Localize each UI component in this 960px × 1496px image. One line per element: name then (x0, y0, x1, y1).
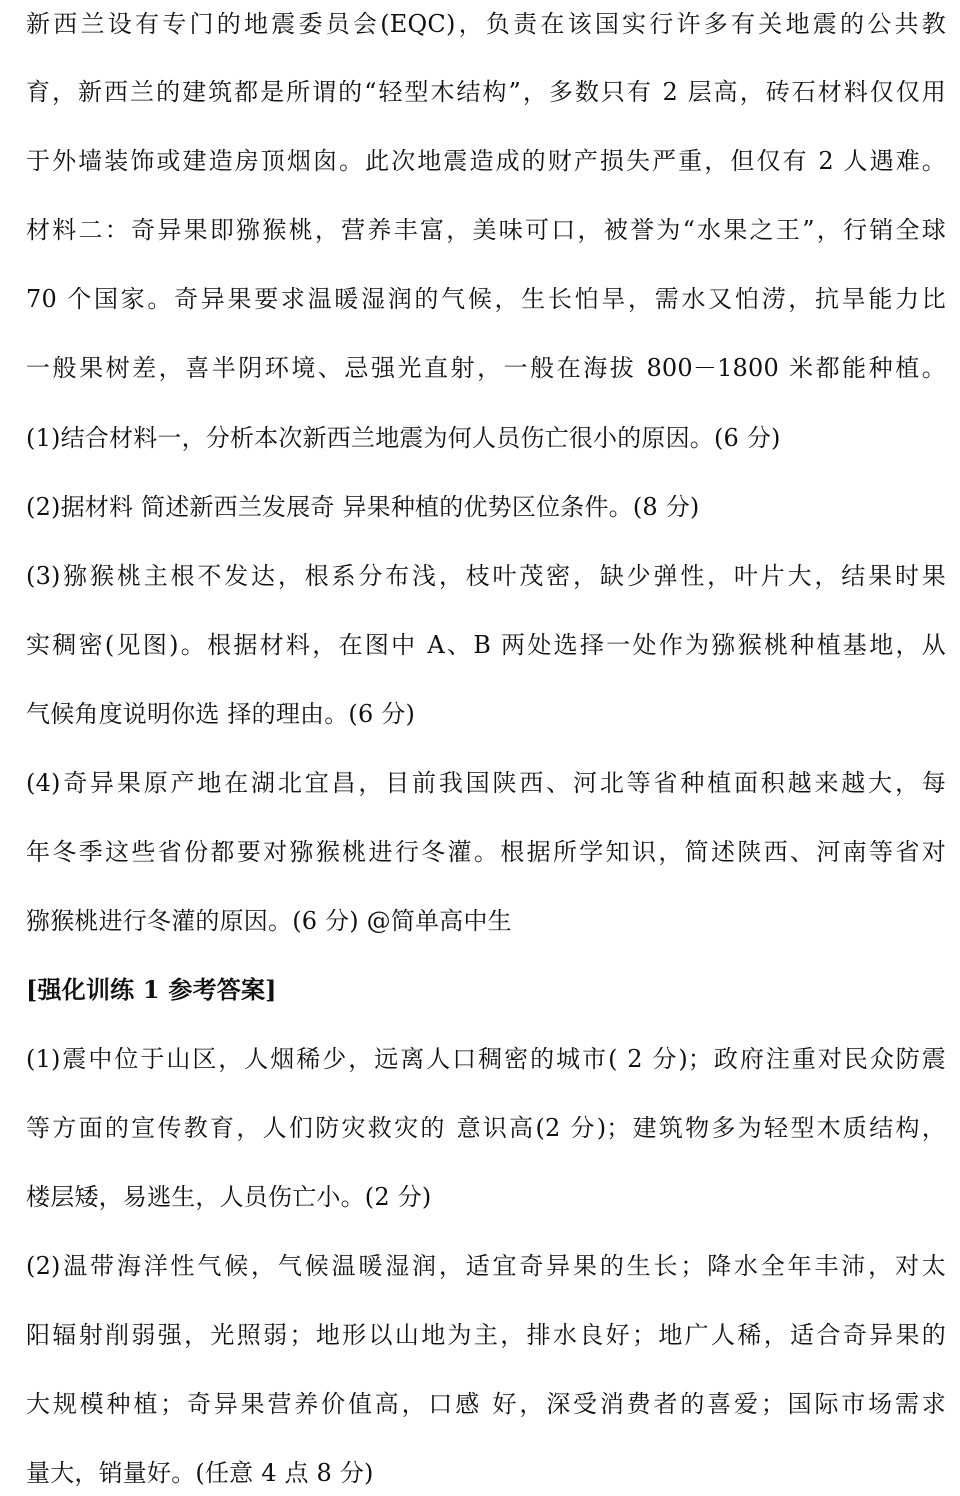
question-3-line: (3)猕猴桃主根不发达，根系分布浅，枝叶茂密，缺少弹性，叶片大，结果时果 (26, 556, 946, 596)
answer-2-line: 阳辐射削弱强，光照弱；地形以山地为主，排水良好；地广人稀，适合奇异果的 (26, 1315, 946, 1355)
material-one-line: 育，新西兰的建筑都是所谓的“轻型木结构”，多数只有 2 层高，砖石材料仅仅用 (26, 72, 946, 112)
answer-1-line: (1)震中位于山区，人烟稀少，远离人口稠密的城市( 2 分)；政府注重对民众防震 (26, 1039, 946, 1079)
answer-2-line: 大规模种植；奇异果营养价值高，口感 好，深受消费者的喜爱；国际市场需求 (26, 1384, 946, 1424)
answer-heading: [强化训练 1 参考答案] (26, 970, 946, 1010)
question-3-line: 气候角度说明你选 择的理由。(6 分) (26, 694, 946, 734)
question-2: (2)据材料 简述新西兰发展奇 异果种植的优势区位条件。(8 分) (26, 487, 946, 527)
answer-1-line: 等方面的宣传教育，人们防灾救灾的 意识高(2 分)；建筑物多为轻型木质结构， (26, 1108, 946, 1148)
material-two-line: 70 个国家。奇异果要求温暖湿润的气候，生长怕旱，需水又怕涝，抗旱能力比 (26, 279, 946, 319)
question-4-line: (4)奇异果原产地在湖北宜昌，目前我国陕西、河北等省种植面积越来越大，每 (26, 763, 946, 803)
question-4-line: 年冬季这些省份都要对猕猴桃进行冬灌。根据所学知识，简述陕西、河南等省对 (26, 832, 946, 872)
question-4-line: 猕猴桃进行冬灌的原因。(6 分) @简单高中生 (26, 901, 946, 941)
question-3-line: 实稠密(见图)。根据材料，在图中 A、B 两处选择一处作为猕猴桃种植基地，从 (26, 625, 946, 665)
answer-2-line: (2)温带海洋性气候，气候温暖湿润，适宜奇异果的生长；降水全年丰沛，对太 (26, 1246, 946, 1286)
question-1: (1)结合材料一，分析本次新西兰地震为何人员伤亡很小的原因。(6 分) (26, 418, 946, 458)
material-one-line: 于外墙装饰或建造房顶烟囱。此次地震造成的财产损失严重，但仅有 2 人遇难。 (26, 141, 946, 181)
material-two-line: 一般果树差，喜半阴环境、忌强光直射，一般在海拔 800－1800 米都能种植。 (26, 348, 946, 388)
material-one-line: 新西兰设有专门的地震委员会(EQC)，负责在该国实行许多有关地震的公共教 (26, 4, 946, 44)
material-two-line: 材料二：奇异果即猕猴桃，营养丰富，美味可口，被誉为“水果之王”，行销全球 (26, 210, 946, 250)
answer-2-line: 量大，销量好。(任意 4 点 8 分) (26, 1453, 946, 1493)
answer-1-line: 楼层矮，易逃生，人员伤亡小。(2 分) (26, 1177, 946, 1217)
document-page: 新西兰设有专门的地震委员会(EQC)，负责在该国实行许多有关地震的公共教 育，新… (0, 0, 960, 1496)
